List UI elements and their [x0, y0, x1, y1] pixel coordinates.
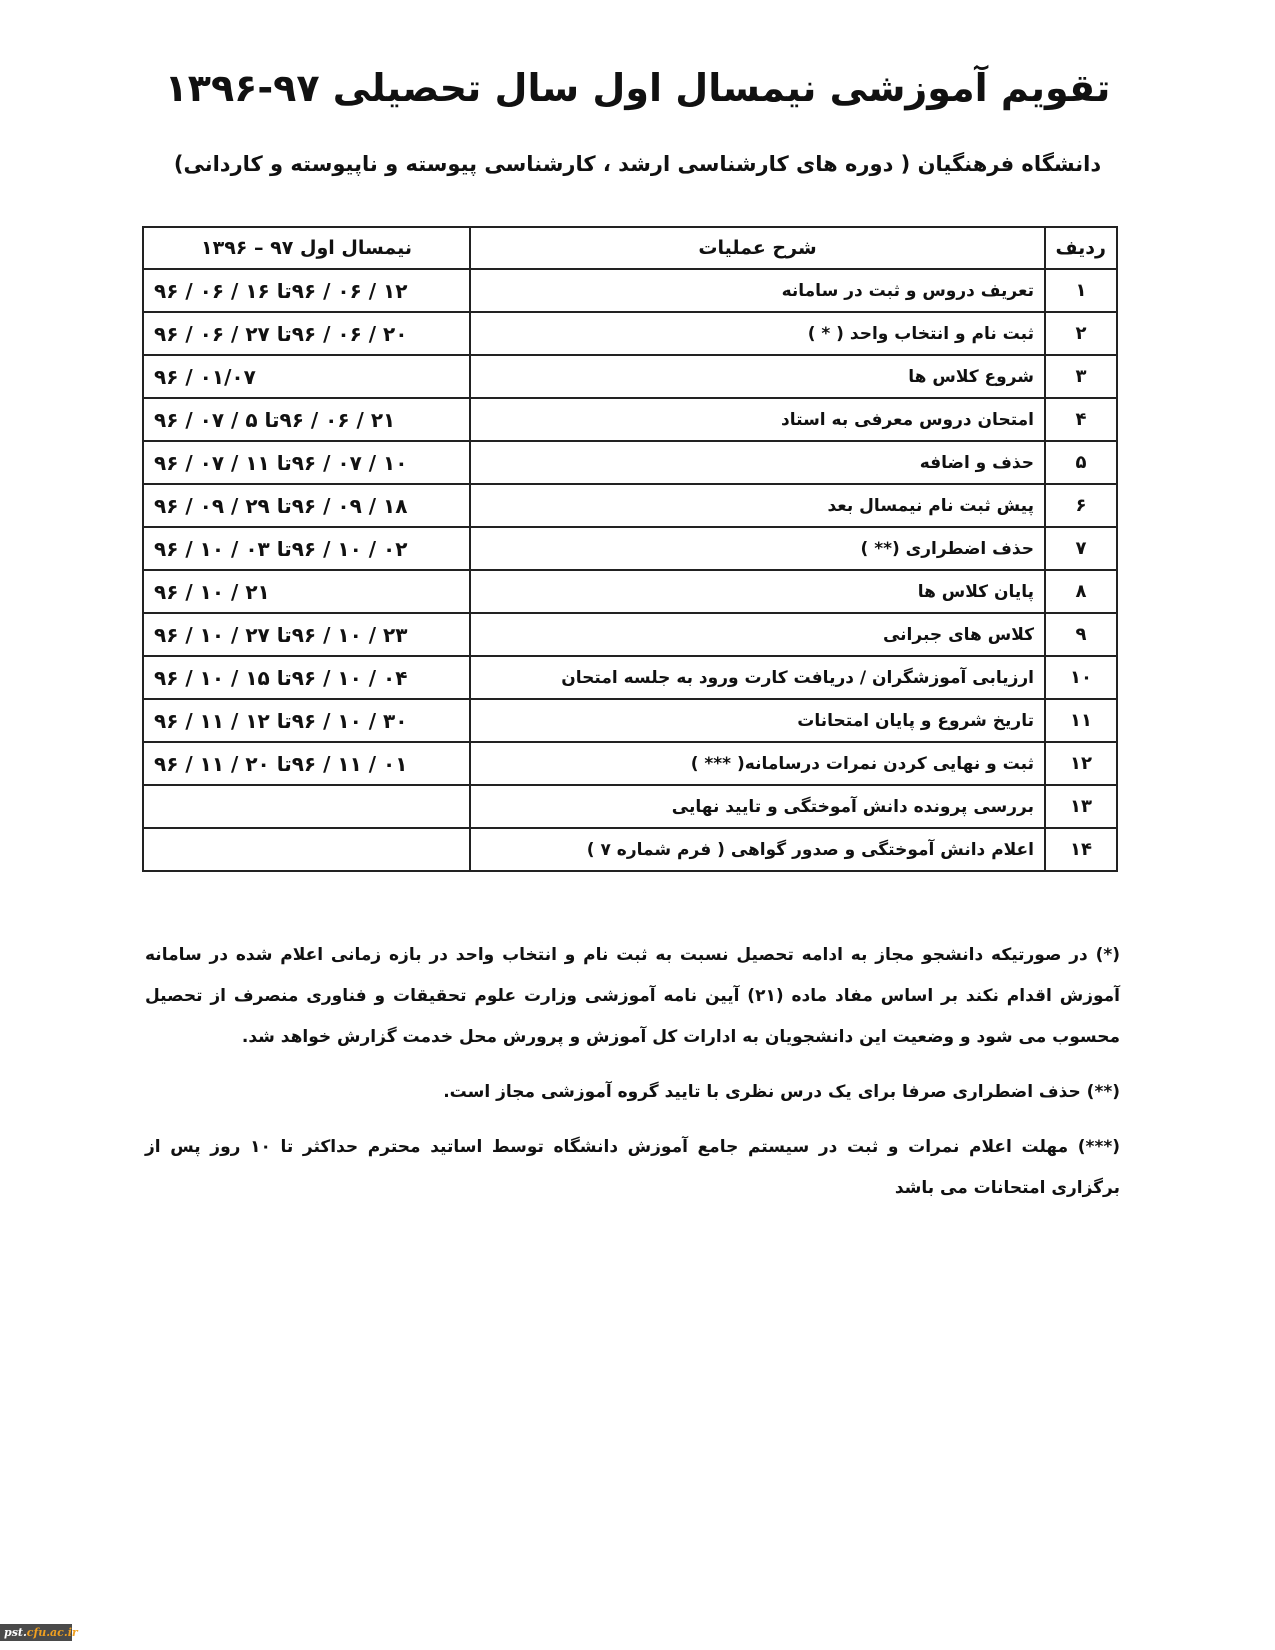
row-dates: ۰۲ / ۱۰ / ۹۶تا ۰۳ / ۱۰ / ۹۶ — [143, 527, 470, 570]
row-index: ۹ — [1045, 613, 1117, 656]
row-description: ثبت نام و انتخاب واحد ( * ) — [470, 312, 1045, 355]
row-dates: ۳۰ / ۱۰ / ۹۶تا ۱۲ / ۱۱ / ۹۶ — [143, 699, 470, 742]
table-row: ۷ حذف اضطراری (** ) ۰۲ / ۱۰ / ۹۶تا ۰۳ / … — [143, 527, 1117, 570]
row-dates: ۲۳ / ۱۰ / ۹۶تا ۲۷ / ۱۰ / ۹۶ — [143, 613, 470, 656]
row-index: ۷ — [1045, 527, 1117, 570]
row-index: ۱۲ — [1045, 742, 1117, 785]
watermark-prefix: pst. — [4, 1626, 27, 1639]
row-dates: ۰۱ / ۱۱ / ۹۶تا ۲۰ / ۱۱ / ۹۶ — [143, 742, 470, 785]
table-row: ۳ شروع کلاس ها ۰۱/۰۷ / ۹۶ — [143, 355, 1117, 398]
row-index: ۱۳ — [1045, 785, 1117, 828]
row-dates: ۲۱ / ۱۰ / ۹۶ — [143, 570, 470, 613]
row-dates: ۱۸ / ۰۹ / ۹۶تا ۲۹ / ۰۹ / ۹۶ — [143, 484, 470, 527]
table-row: ۱۴ اعلام دانش آموختگی و صدور گواهی ( فرم… — [143, 828, 1117, 871]
table-row: ۱ تعریف دروس و ثبت در سامانه ۱۲ / ۰۶ / ۹… — [143, 269, 1117, 312]
page-title: تقویم آموزشی نیمسال اول سال تحصیلی ۹۷-۱۳… — [0, 66, 1275, 110]
table-header-row: ردیف شرح عملیات نیمسال اول ۹۷ – ۱۳۹۶ — [143, 227, 1117, 269]
row-description: امتحان دروس معرفی به استاد — [470, 398, 1045, 441]
row-dates: ۱۰ / ۰۷ / ۹۶تا ۱۱ / ۰۷ / ۹۶ — [143, 441, 470, 484]
row-description: ثبت و نهایی کردن نمرات درسامانه( *** ) — [470, 742, 1045, 785]
header-description: شرح عملیات — [470, 227, 1045, 269]
row-dates — [143, 828, 470, 871]
footnote-single-star: (*) در صورتیکه دانشجو مجاز به ادامه تحصی… — [145, 935, 1120, 1058]
row-description: تعریف دروس و ثبت در سامانه — [470, 269, 1045, 312]
table-row: ۱۰ ارزیابی آموزشگران / دریافت کارت ورود … — [143, 656, 1117, 699]
table-row: ۹ کلاس های جبرانی ۲۳ / ۱۰ / ۹۶تا ۲۷ / ۱۰… — [143, 613, 1117, 656]
row-index: ۵ — [1045, 441, 1117, 484]
header-index: ردیف — [1045, 227, 1117, 269]
footnotes: (*) در صورتیکه دانشجو مجاز به ادامه تحصی… — [145, 935, 1120, 1223]
row-index: ۴ — [1045, 398, 1117, 441]
row-dates: ۱۲ / ۰۶ / ۹۶تا ۱۶ / ۰۶ / ۹۶ — [143, 269, 470, 312]
site-watermark: pst.cfu.ac.ir — [0, 1624, 72, 1641]
table-row: ۴ امتحان دروس معرفی به استاد ۲۱ / ۰۶ / ۹… — [143, 398, 1117, 441]
row-dates: ۰۴ / ۱۰ / ۹۶تا ۱۵ / ۱۰ / ۹۶ — [143, 656, 470, 699]
row-description: شروع کلاس ها — [470, 355, 1045, 398]
header-dates: نیمسال اول ۹۷ – ۱۳۹۶ — [143, 227, 470, 269]
row-description: بررسی پرونده دانش آموختگی و تایید نهایی — [470, 785, 1045, 828]
row-description: اعلام دانش آموختگی و صدور گواهی ( فرم شم… — [470, 828, 1045, 871]
row-index: ۱۱ — [1045, 699, 1117, 742]
row-description: حذف و اضافه — [470, 441, 1045, 484]
watermark-domain: cfu.ac.ir — [27, 1626, 78, 1639]
row-dates: ۰۱/۰۷ / ۹۶ — [143, 355, 470, 398]
academic-calendar-table: ردیف شرح عملیات نیمسال اول ۹۷ – ۱۳۹۶ ۱ ت… — [142, 226, 1118, 872]
table-row: ۱۳ بررسی پرونده دانش آموختگی و تایید نها… — [143, 785, 1117, 828]
row-dates: ۲۱ / ۰۶ / ۹۶تا ۵ / ۰۷ / ۹۶ — [143, 398, 470, 441]
row-dates: ۲۰ / ۰۶ / ۹۶تا ۲۷ / ۰۶ / ۹۶ — [143, 312, 470, 355]
row-index: ۲ — [1045, 312, 1117, 355]
table-row: ۱۲ ثبت و نهایی کردن نمرات درسامانه( *** … — [143, 742, 1117, 785]
page-subtitle: دانشگاه فرهنگیان ( دوره های کارشناسی ارش… — [0, 152, 1275, 176]
table-row: ۶ پیش ثبت نام نیمسال بعد ۱۸ / ۰۹ / ۹۶تا … — [143, 484, 1117, 527]
row-description: حذف اضطراری (** ) — [470, 527, 1045, 570]
row-index: ۳ — [1045, 355, 1117, 398]
row-description: پیش ثبت نام نیمسال بعد — [470, 484, 1045, 527]
table-row: ۱۱ تاریخ شروع و پایان امتحانات ۳۰ / ۱۰ /… — [143, 699, 1117, 742]
row-description: تاریخ شروع و پایان امتحانات — [470, 699, 1045, 742]
row-description: پایان کلاس ها — [470, 570, 1045, 613]
row-index: ۱۴ — [1045, 828, 1117, 871]
table-row: ۵ حذف و اضافه ۱۰ / ۰۷ / ۹۶تا ۱۱ / ۰۷ / ۹… — [143, 441, 1117, 484]
footnote-triple-star: (***) مهلت اعلام نمرات و ثبت در سیستم جا… — [145, 1127, 1120, 1209]
row-index: ۱ — [1045, 269, 1117, 312]
row-description: کلاس های جبرانی — [470, 613, 1045, 656]
footnote-double-star: (**) حذف اضطراری صرفا برای یک درس نظری ب… — [145, 1072, 1120, 1113]
table-row: ۲ ثبت نام و انتخاب واحد ( * ) ۲۰ / ۰۶ / … — [143, 312, 1117, 355]
row-dates — [143, 785, 470, 828]
row-description: ارزیابی آموزشگران / دریافت کارت ورود به … — [470, 656, 1045, 699]
row-index: ۱۰ — [1045, 656, 1117, 699]
row-index: ۸ — [1045, 570, 1117, 613]
row-index: ۶ — [1045, 484, 1117, 527]
table-row: ۸ پایان کلاس ها ۲۱ / ۱۰ / ۹۶ — [143, 570, 1117, 613]
